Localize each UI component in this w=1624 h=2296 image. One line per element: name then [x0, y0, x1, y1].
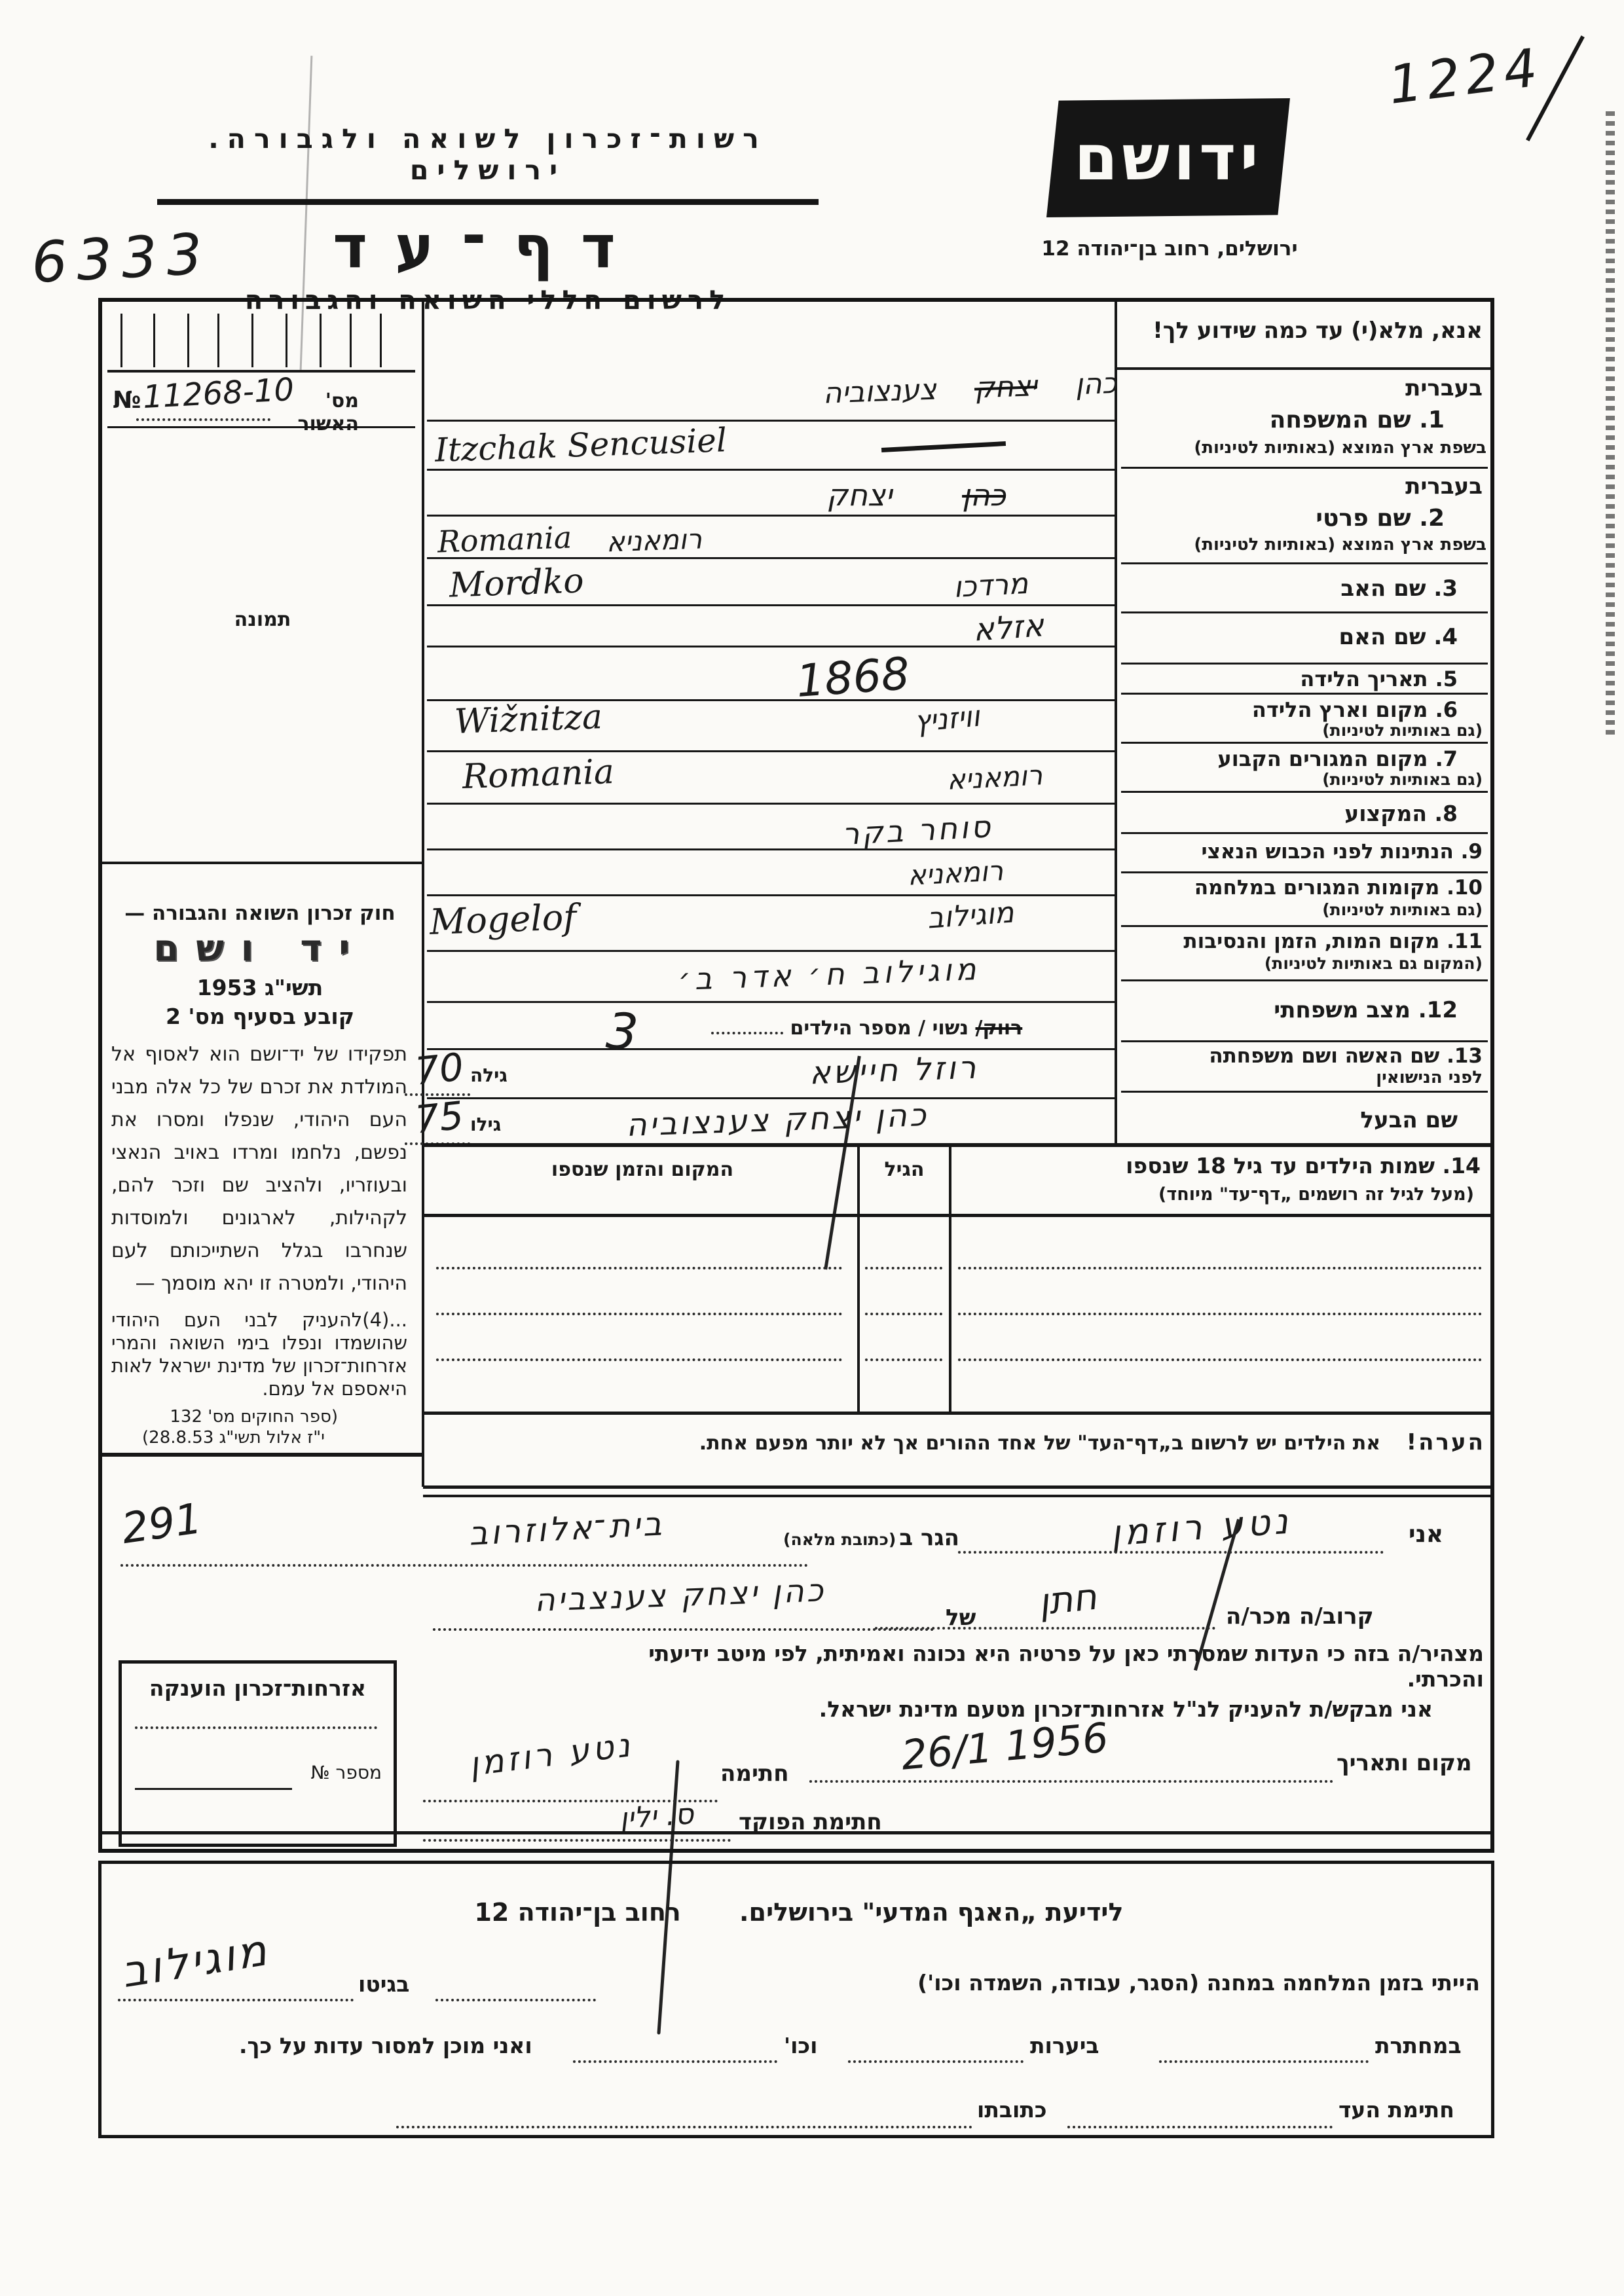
rule-r2: [427, 469, 1115, 471]
witness-of-label: של: [946, 1605, 976, 1631]
rule-r3: [427, 515, 1115, 517]
entry-war-residence-latin: Mogelof: [429, 896, 577, 943]
entry-dash-stroke: [881, 441, 1006, 452]
label-2-paren: בשפת ארץ המוצא (באותיות לטיניות): [1120, 535, 1486, 555]
certificate-underline: [107, 426, 415, 428]
label-11-paren: (המקום גם באותיות לטיניות): [1124, 954, 1483, 973]
label-sep-4: [1121, 663, 1488, 665]
table-row1-place-dotted: [436, 1264, 842, 1269]
citizenship-box: אזרחות־זכרון הוענקה מספר №: [119, 1660, 397, 1847]
official-signature-dotted: [423, 1836, 731, 1842]
witness-address-dotted: [120, 1561, 808, 1567]
rule-r5: [427, 604, 1115, 606]
crossed-out-word: יצחק: [974, 369, 1038, 405]
bottom-ghetto-label: בגיטו: [358, 1971, 409, 1997]
label-3-father: 3. שם האב: [1124, 575, 1458, 602]
form-title: דף־עד: [157, 213, 819, 282]
label-sep-3: [1121, 611, 1488, 613]
rule-r15: [427, 1097, 1115, 1099]
label-12-marital-status: 12. מצב משפחתי: [1124, 997, 1458, 1023]
authority-line: רשות־זכרון לשואה ולגבורה. ירושלים: [157, 123, 819, 205]
label-10-paren: (גם באותיות לטיניות): [1124, 900, 1483, 919]
scientific-branch-box: לידיעת „האגף המדעי" בירושלים. רחוב בן־יה…: [98, 1861, 1494, 2138]
witness-name-handwritten: נטע רוזמן: [1109, 1500, 1293, 1554]
witness-related-to-handwritten: כהן יצחק צענצביה: [534, 1572, 826, 1618]
label-sep-1: [1121, 467, 1488, 469]
marital-dotted: [711, 1019, 783, 1034]
witness-residing-label: הגר ב (כתובת מלאה): [812, 1525, 959, 1551]
entry-death-place-time: מוגילוב ח׳ אדר ב׳: [580, 948, 1078, 1000]
witness-address-handwritten: בית־אלוזרוב: [468, 1504, 665, 1553]
bottom-ghetto-handwritten: מוגילוב: [118, 1925, 272, 1997]
label-sep-5: [1121, 693, 1488, 695]
label-2-language: בעברית: [1124, 473, 1483, 500]
law-paragraph-2: ...(4)להעניק לבני העם היהודי שהושמדו ונפ…: [111, 1309, 407, 1400]
citizenship-box-title: אזרחות־זכרון הוענקה: [122, 1675, 394, 1701]
label-sep-12: [1121, 1040, 1488, 1042]
label-1-family-name: 1. שם המשפחה: [1124, 407, 1445, 433]
witness-declaration: מצהיר/ה בזה כי העדות שמסרתי כאן על פרטיה…: [606, 1641, 1484, 1692]
label-5-birth-date: 5. תאריך הלידה: [1124, 666, 1458, 691]
entry-birth-year: 1868: [794, 648, 911, 708]
law-year: תשי"ג 1953: [109, 975, 411, 1000]
table-row2-age-dotted: [865, 1310, 942, 1315]
witness-section-rule-b: [423, 1495, 1490, 1497]
entry-family-name-hebrew: כהן יצחק צענצוביה: [625, 367, 1117, 417]
table-row3-age-dotted: [865, 1356, 942, 1361]
witness-related-to-dotted: [433, 1626, 934, 1631]
label-11-death: 11. מקום המות, הזמן והנסיבות: [1124, 930, 1483, 953]
wife-age-label: גילה: [470, 1065, 507, 1086]
bottom-etc-dotted: [573, 2058, 777, 2063]
law-paragraph-1: תפקידו של יד־ושם הוא לאסוף אל המולדת את …: [111, 1038, 407, 1300]
label-6-paren: (גם באותיות לטיניות): [1124, 721, 1483, 740]
entry-name-latin: Itzchak Sencusiel: [434, 421, 728, 469]
label-10-war-residence: 10. מקומות המגורים במלחמה: [1124, 876, 1483, 900]
labels-column-divider: [1115, 302, 1117, 1143]
label-7-paren: (גם באותיות לטיניות): [1124, 770, 1483, 789]
table-divider-age-left: [857, 1143, 860, 1412]
crossed-out-word: רווק/: [976, 1017, 1023, 1040]
label-sep-7: [1121, 791, 1488, 793]
label-sep-2: [1121, 562, 1488, 564]
witness-name-dotted: [958, 1548, 1384, 1554]
wit-address-number-handwritten: 291: [119, 1495, 204, 1554]
signature-label: חתימה: [720, 1760, 789, 1787]
photo-bottom-divider: [102, 862, 422, 864]
certificate-dotted-line: [136, 416, 270, 421]
bottom-address-label: כתובתו: [977, 2097, 1047, 2123]
table-row2-place-dotted: [436, 1310, 842, 1315]
table-row1-name-dotted: [958, 1264, 1482, 1269]
children-note: הערה! את הילדים יש לרשום ב„דף־העד" של אח…: [430, 1429, 1485, 1455]
entry-husband-age: 75: [413, 1093, 466, 1142]
bottom-title-address: רחוב בן־יהודה 12: [474, 1898, 680, 1927]
law-bottom-rule: [102, 1453, 422, 1457]
table-col-place: המקום והזמן שנספו: [430, 1158, 855, 1181]
entry-father-latin: Mordko: [449, 561, 584, 605]
certificate-no-sign: №: [113, 387, 141, 414]
label-sep-9: [1121, 871, 1488, 873]
bottom-forests-label: ביערות: [1030, 2033, 1099, 2058]
rule-r10: [427, 848, 1115, 850]
table-header-rule: [424, 1214, 1490, 1217]
bottom-underground-dotted: [1159, 2058, 1369, 2063]
place-date-handwritten: 26/1 1956: [899, 1713, 1110, 1779]
bottom-etc-label: וכו': [784, 2033, 817, 2058]
fill-instruction: אנא, מלא(י) עד כמה שידוע לך!: [1124, 318, 1485, 344]
label-7-residence: 7. מקום המגורים הקבוע: [1124, 746, 1458, 771]
marital-status-printed: רווק/ נשוי / מספר הילדים: [711, 1017, 1022, 1040]
entry-given-name-hebrew: כהן יצחק: [561, 477, 1006, 513]
entry-mother-hebrew: אזלא: [972, 607, 1045, 648]
entry-residence-latin: Romania: [462, 752, 615, 797]
tally-underline: [107, 370, 415, 373]
entry-birthplace-latin: Wižnitza: [454, 697, 603, 742]
table-row1-age-dotted: [865, 1264, 942, 1269]
entry-wife-name: רוזל חיישא: [809, 1049, 979, 1092]
table-row3-name-dotted: [958, 1356, 1482, 1361]
witness-i-label: אני: [1409, 1521, 1443, 1548]
entry-row4-hebrew: רומאניא: [606, 522, 703, 558]
citizenship-dotted-line: [135, 1724, 377, 1729]
table-col-children-label: 14. שמות הילדים עד גיל 18 שנספו: [957, 1153, 1481, 1178]
law-title: חוק זכרון השואה והגבורה —: [109, 902, 411, 925]
rule-r14: [427, 1048, 1115, 1050]
bottom-line1: הייתי בזמן המלחמה במחנה (הסגר, עבודה, הש…: [599, 1970, 1480, 1995]
table-col-children-paren: (מעל לגיל זה רושמים „דף־עד" מיוחד): [957, 1184, 1474, 1205]
table-row2-name-dotted: [958, 1310, 1482, 1315]
table-col-age: הגיל: [860, 1158, 949, 1181]
note-text: את הילדים יש לרשום ב„דף־העד" של אחד ההור…: [699, 1432, 1380, 1455]
label-sep-11: [1121, 979, 1488, 981]
entry-citizenship: רומאניא: [907, 854, 1004, 892]
place-date-dotted: [809, 1777, 1333, 1783]
certificate-label: מס' האשור: [274, 390, 359, 435]
label-4-mother: 4. שם האם: [1124, 624, 1458, 650]
citizenship-number-line: [135, 1788, 292, 1790]
label-sep-10: [1121, 925, 1488, 927]
scanned-testimony-page: 1224 6333 רשות־זכרון לשואה ולגבורה. ירוש…: [0, 0, 1624, 2296]
label-2-given-name: 2. שם פרטי: [1124, 505, 1445, 532]
entry-row4-latin: Romania: [437, 519, 572, 559]
label-1-paren: בשפת ארץ המוצא (באותיות לטיניות): [1120, 438, 1486, 458]
entry-husband-name: כהן יצחק צענצוביה: [625, 1097, 929, 1144]
rule-r8: [427, 750, 1115, 752]
citizenship-number-label: מספר №: [311, 1762, 382, 1783]
photo-label: תמונה: [197, 608, 328, 631]
bottom-underground-label: במחתרת: [1375, 2033, 1462, 2058]
husband-age-label: גילו: [470, 1114, 501, 1135]
official-signature-handwritten: ס. ילין: [618, 1797, 694, 1836]
law-name: יד ושם: [109, 927, 411, 970]
entry-war-residence-hebrew: מוגילוב: [926, 896, 1015, 935]
entry-birthplace-hebrew: וויזניץ: [913, 700, 981, 739]
label-13-wife-name: 13. שם האשה ושם משפחתה: [1124, 1044, 1483, 1068]
label-sep-6: [1121, 742, 1488, 744]
signature-handwritten: נטע רוזמן: [467, 1726, 635, 1783]
rule-r13: [427, 1001, 1115, 1003]
law-reference-1: (ספר החוקים מס' 132: [141, 1407, 338, 1427]
handwritten-page-number: 1224: [1385, 37, 1545, 116]
rule-r4: [427, 557, 1115, 559]
main-form-box: № 11268-10 מס' האשור תמונה חוק זכרון השו…: [98, 298, 1494, 1853]
scan-edge-artifact: [1606, 111, 1615, 740]
left-column-divider: [422, 302, 424, 1487]
form-header: רשות־זכרון לשואה ולגבורה. ירושלים דף־עד …: [157, 123, 819, 316]
crossed-out-word: כהן: [962, 477, 1006, 513]
yad-vashem-logo: ידושם: [1046, 98, 1290, 217]
main-box-inner-bottom-rule: [102, 1831, 1490, 1834]
label-8-profession: 8. המקצוע: [1124, 801, 1458, 826]
entry-wife-age: 70: [413, 1044, 466, 1093]
entry-children-count: 3: [604, 1001, 640, 1061]
bottom-offer-text: ואני מוכן למסור עדות על כך.: [239, 2033, 532, 2058]
table-divider-age-right: [949, 1143, 951, 1412]
entry-profession: סוחר בקר: [841, 809, 994, 852]
bottom-address-dotted: [396, 2123, 972, 2128]
label-sep-8: [1121, 832, 1488, 834]
label-6-birth-place: 6. מקום וארץ הלידה: [1124, 697, 1458, 722]
bottom-camp-dotted: [435, 1996, 596, 2001]
table-bottom-rule: [424, 1412, 1490, 1415]
logo-text: ידושם: [1074, 121, 1262, 194]
entry-residence-hebrew: רומאניא: [946, 759, 1043, 796]
rule-r1: [427, 420, 1115, 422]
label-1-language: בעברית: [1124, 375, 1483, 401]
place-date-label: מקום ותאריך: [1337, 1750, 1472, 1776]
witness-relation-label: קרוב/ה מכר/ה: [1226, 1603, 1374, 1630]
label-sep-13: [1121, 1091, 1488, 1093]
bottom-title: לידיעת „האגף המדעי" בירושלים. רחוב בן־יה…: [390, 1898, 1208, 1927]
law-reference-2: י"ז אלול תשי"ג 28.8.53): [128, 1428, 325, 1448]
instruction-underline: [1117, 367, 1490, 370]
label-13-paren: לפני הנישואין: [1124, 1068, 1483, 1087]
bottom-witness-signature-dotted: [1067, 2123, 1333, 2128]
table-top-rule: [424, 1143, 1490, 1147]
bottom-ghetto-dotted: [118, 1996, 354, 2001]
entry-father-hebrew: מרדכו: [953, 567, 1029, 604]
bottom-witness-signature-label: חתימת העד: [1338, 2097, 1454, 2123]
law-clause: קובע בסעיף מס' 2: [109, 1004, 411, 1029]
table-row3-place-dotted: [436, 1356, 842, 1361]
bottom-forests-dotted: [848, 2058, 1024, 2063]
witness-relation-handwritten: חתן: [1037, 1576, 1099, 1624]
witness-section-rule-a: [423, 1485, 1490, 1489]
logo-address: ירושלים, רחוב בן־יהודה 12: [1019, 237, 1320, 261]
tally-marks: [107, 312, 415, 369]
certificate-number-handwritten: 11268-10: [142, 371, 295, 416]
label-husband-name: שם הבעל: [1124, 1107, 1458, 1133]
label-9-citizenship: 9. הנתינות לפני הכבוש הנאצי: [1124, 840, 1483, 864]
note-title: הערה!: [1407, 1429, 1485, 1455]
rule-r9: [427, 803, 1115, 805]
